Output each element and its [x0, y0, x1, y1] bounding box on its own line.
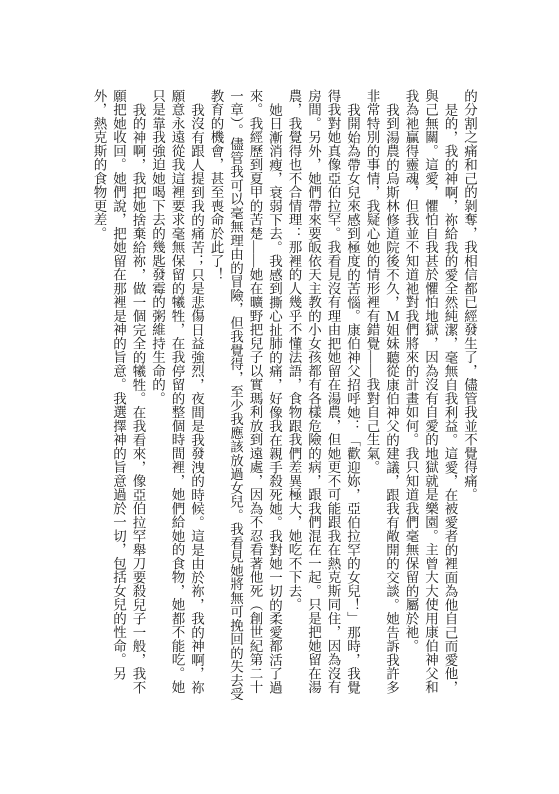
paragraph-5: 她日漸消瘦，衰弱下去。我感到撕心扯肺的痛，好像我在親手殺死她。我對她一切的柔愛都…	[206, 89, 284, 707]
vertical-text-block: 的分割之痛和己的剝奪，我相信都已經發生了，儘管我並不覺得痛。是的，我的神啊，祢給…	[89, 89, 479, 707]
paragraph-4: 我開始為帶女兒來感到極度的苦惱。康伯神父招呼她：「歡迎妳，亞伯拉罕的女兒！」那時…	[284, 89, 362, 707]
paragraph-6: 我沒有跟人提到我的痛苦；只是悲傷日益強烈，夜間是我發洩的時候。這是由於祢，我的神…	[148, 89, 207, 707]
paragraph-2: 是的，我的神啊，祢給我的愛全然純潔，毫無自我利益。這愛，在被愛者的裡面為他自己而…	[401, 89, 460, 707]
book-page: 的分割之痛和己的剝奪，我相信都已經發生了，儘管我並不覺得痛。是的，我的神啊，祢給…	[0, 0, 559, 794]
paragraph-3: 我到湯農的烏斯林修道院後不久，Ｍ姐妹聽從康伯神父的建議，跟我有敞開的交談。她告訴…	[362, 89, 401, 707]
paragraph-1: 的分割之痛和己的剝奪，我相信都已經發生了，儘管我並不覺得痛。	[460, 89, 480, 707]
paragraph-7: 我的神啊，我把她捨棄給祢，做一個完全的犧牲。在我看來，像亞伯拉罕舉刀要殺兒子一般…	[89, 89, 148, 707]
